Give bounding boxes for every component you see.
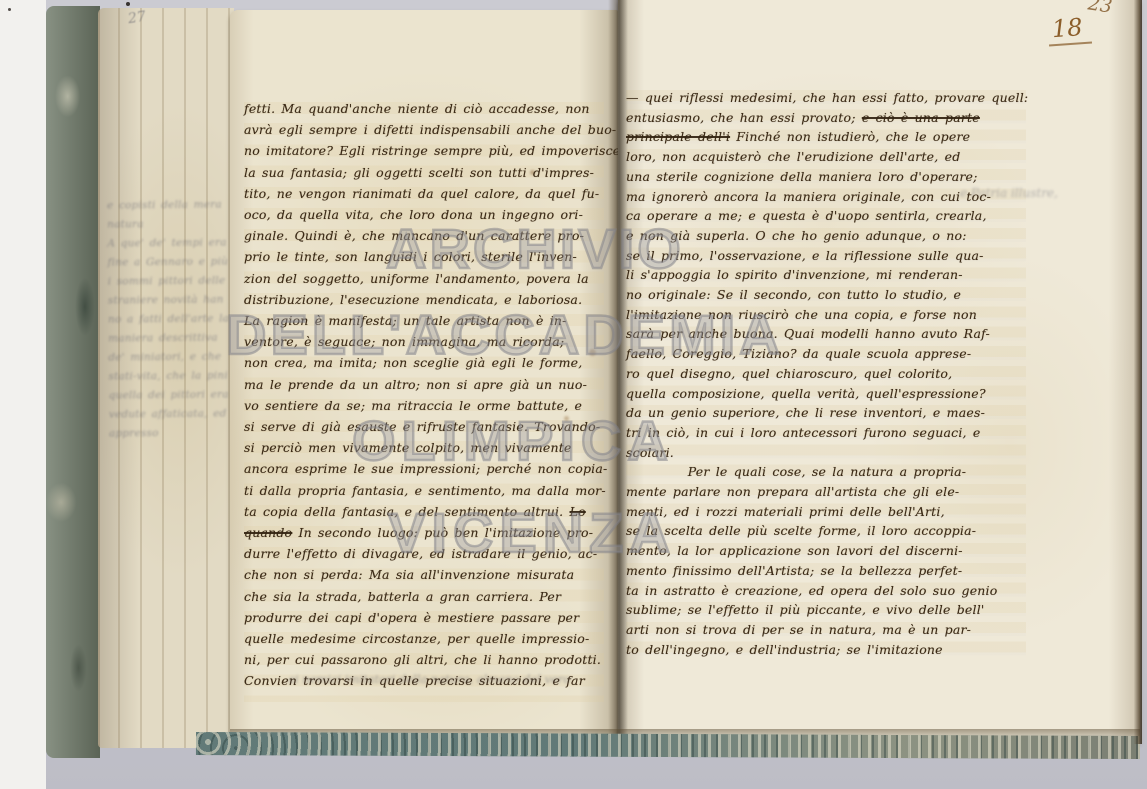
left-page-text: fetti. Ma quand'anche niente di ciò acca… (244, 98, 616, 692)
scanner-margin (0, 0, 46, 789)
manuscript-line: i sommi pittori delle (108, 271, 232, 291)
manuscript-line: oco, da quella vita, che loro dona un in… (244, 204, 616, 225)
manuscript-line: si perciò men vivamente colpito, men viv… (244, 437, 616, 458)
manuscript-line: produrre dei capi d'opera è mestiere pas… (244, 607, 616, 628)
corner-mark: 23 (1087, 0, 1114, 18)
manuscript-line: mente parlare non prepara all'artista ch… (626, 482, 1026, 502)
manuscript-line: La ragion è manifesta; un tale artista n… (244, 310, 616, 331)
manuscript-line: maniera descrittiva (108, 328, 232, 348)
manuscript-line: prio le tinte, son languidi i colori, st… (244, 246, 616, 267)
manuscript-line: quella dei pittori era (109, 385, 233, 405)
manuscript-line: li s'appoggia lo spirito d'invenzione, m… (626, 265, 1026, 285)
manuscript-line: sublime; se l'effetto il più piccante, e… (626, 600, 1026, 620)
manuscript-line: entusiasmo, che han essi provato; e ciò … (626, 108, 1026, 128)
ghost-stack-number: 27 (127, 9, 147, 27)
manuscript-line: tri in ciò, in cui i loro antecessori fu… (626, 423, 1026, 443)
manuscript-line: l'imitazione non riuscirò che una copia,… (626, 305, 1026, 325)
book-right-page-edges (1134, 0, 1142, 744)
manuscript-line: mento finissimo dell'Artista; se la bell… (626, 561, 1026, 581)
manuscript-line: ta copia della fantasia, e del sentiment… (244, 501, 616, 522)
manuscript-line: sarà per anche buona. Quai modelli hanno… (626, 324, 1026, 344)
manuscript-line: — quei riflessi medesimi, che han essi f… (626, 88, 1026, 108)
manuscript-line: da un genio superiore, che li rese inven… (626, 403, 1026, 423)
scan-speck (126, 2, 130, 6)
manuscript-line: quella composizione, quella verità, quel… (626, 384, 1026, 404)
manuscript-line: vedute affaticata, ed (109, 404, 233, 424)
manuscript-line: durre l'effetto di divagare, ed istradar… (244, 543, 616, 564)
manuscript-line: la sua fantasia; gli oggetti scelti son … (244, 162, 616, 183)
manuscript-line: ma le prende da un altro; non si apre gi… (244, 374, 616, 395)
manuscript-line: menti, ed i rozzi materiali primi delle … (626, 502, 1026, 522)
manuscript-line: avrà egli sempre i difetti indispensabil… (244, 119, 616, 140)
manuscript-line: zion del soggetto, uniforme l'andamento,… (244, 268, 616, 289)
manuscript-line: no imitatore? Egli ristringe sempre più,… (244, 140, 616, 161)
manuscript-line: no a fatti dell'arte la (108, 309, 232, 329)
manuscript-line: faello, Coreggio, Tiziano? da quale scuo… (626, 344, 1026, 364)
manuscript-line: se il primo, l'osservazione, e la rifles… (626, 246, 1026, 266)
manuscript-line: ti dalla propria fantasia, e sentimento,… (244, 480, 616, 501)
manuscript-line: quando In secondo luogo: può ben l'imita… (244, 522, 616, 543)
bottom-bleedthrough-line: ai nemici imitatori della natura, almeno… (288, 672, 570, 686)
manuscript-line: che sia la strada, batterla a gran carri… (244, 586, 616, 607)
manuscript-line: fine a Gennaro e più (107, 252, 231, 272)
manuscript-line: si serve di già esauste e rifruste fanta… (244, 416, 616, 437)
manuscript-line: straniere novità han (108, 290, 232, 310)
manuscript-line: quelle medesime circostanze, per quelle … (244, 628, 616, 649)
manuscript-line: de' miniatori, e che (108, 347, 232, 367)
manuscript-page-right: 23 18 e Patria illustre, — quei riflessi… (618, 0, 1140, 742)
manuscript-line: ni, per cui passarono gli altri, che li … (244, 649, 616, 670)
right-page-text: — quei riflessi medesimi, che han essi f… (626, 88, 1026, 659)
manuscript-line: ginale. Quindi è, che mancano d'un carat… (244, 225, 616, 246)
manuscript-line: principale dell'i Finché non istudierò, … (626, 127, 1026, 147)
book-cover-bottom-marbled-edge (196, 732, 1140, 759)
manuscript-line: loro, non acquisterò che l'erudizione de… (626, 147, 1026, 167)
manuscript-line: vo sentiere da se; ma ritraccia le orme … (244, 395, 616, 416)
folio-number: 18 (1047, 13, 1092, 47)
manuscript-line: e copisti della mera (107, 195, 231, 215)
manuscript-line: fetti. Ma quand'anche niente di ciò acca… (244, 98, 616, 119)
manuscript-line: scolari. (626, 443, 1026, 463)
manuscript-line: ro quel disegno, quel chiaroscuro, quel … (626, 364, 1026, 384)
manuscript-line: ventore, è seguace; non immagina, ma ric… (244, 331, 616, 352)
manuscript-line: arti non si trova di per se in natura, m… (626, 620, 1026, 640)
book-gutter-shadow (608, 0, 628, 744)
manuscript-line: non crea, ma imita; non sceglie già egli… (244, 352, 616, 373)
scan-speck (8, 8, 11, 11)
manuscript-line: ta in astratto è creazione, ed opera del… (626, 581, 1026, 601)
manuscript-line: appresso (109, 423, 233, 443)
manuscript-line: Per le quali cose, se la natura a propri… (626, 462, 1026, 482)
book-cover-marbled-edge (46, 6, 100, 758)
manuscript-line: ancora esprime le sue impressioni; perch… (244, 458, 616, 479)
manuscript-page-left: fetti. Ma quand'anche niente di ciò acca… (230, 10, 618, 738)
manuscript-line: ma ignorerò ancora la maniera originale,… (626, 187, 1026, 207)
manuscript-line: mento, la lor applicazione son lavori de… (626, 541, 1026, 561)
manuscript-line: e non già superla. O che ho genio adunqu… (626, 226, 1026, 246)
manuscript-line: tito, ne vengon rianimati da quel calore… (244, 183, 616, 204)
manuscript-line: che non si perda: Ma sia all'invenzione … (244, 564, 616, 585)
manuscript-line: natura (107, 214, 231, 234)
manuscript-line: distribuzione, l'esecuzione mendicata, e… (244, 289, 616, 310)
manuscript-line: stati-vita, che la pini (108, 366, 232, 386)
manuscript-line: una sterile cognizione della maniera lor… (626, 167, 1026, 187)
manuscript-line: A que' de' tempi era (107, 233, 231, 253)
manuscript-line: se la scelta delle più scelte forme, il … (626, 521, 1026, 541)
manuscript-line: ca operare a me; e questa è d'uopo senti… (626, 206, 1026, 226)
manuscript-line: to dell'ingegno, e dell'industria; se l'… (626, 640, 1026, 660)
left-marginalia-bleedthrough: e copisti della meranaturaA que' de' tem… (107, 195, 233, 443)
manuscript-line: no originale: Se il secondo, con tutto l… (626, 285, 1026, 305)
